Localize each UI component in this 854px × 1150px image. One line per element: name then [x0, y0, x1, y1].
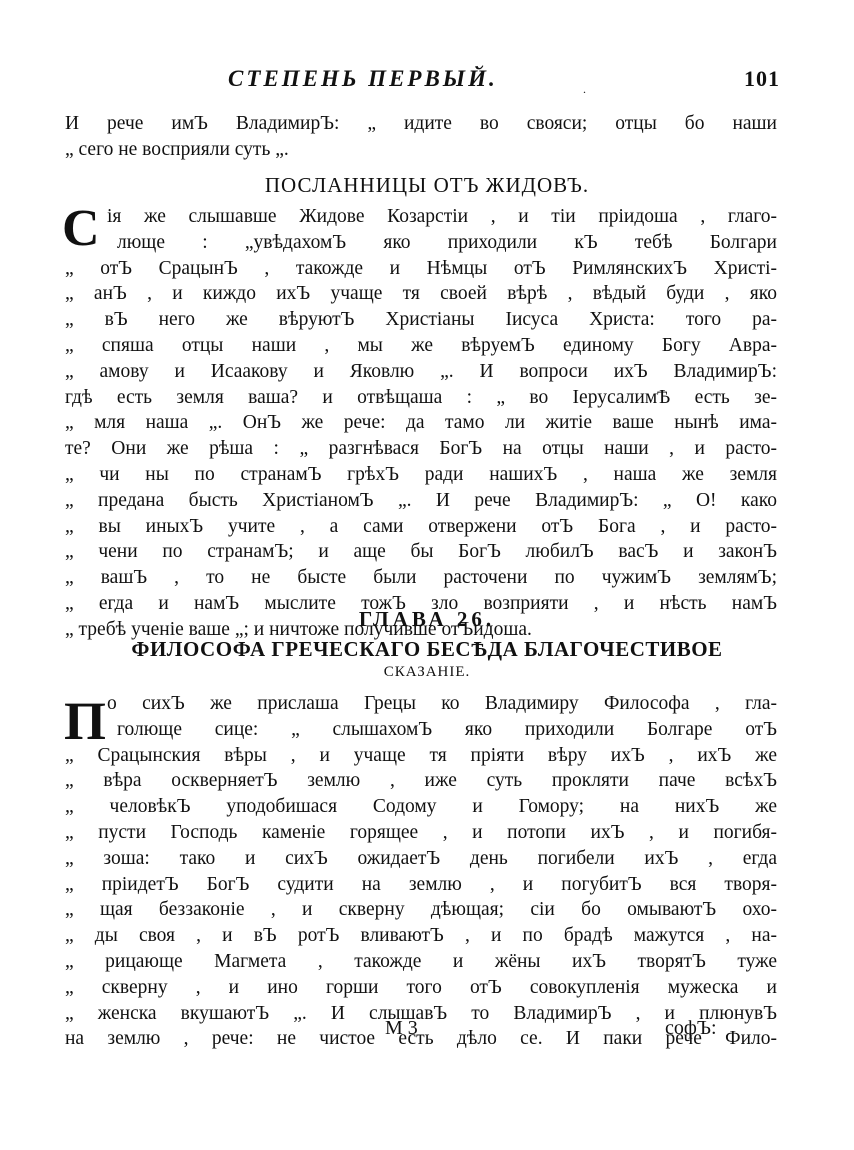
text-line: „ вы иныхЪ учите , а сами отвержени отЪ …	[65, 514, 777, 540]
chapter-paragraph: о сихЪ же прислаша Грецы ко Владимиру Фи…	[65, 691, 777, 1052]
text-line: „ вЪ него же вѣруютЪ Христiаны Iисуса Хр…	[65, 307, 777, 333]
text-line: „ амову и Исаакову и Яковлю „. И вопроси…	[65, 359, 777, 385]
text-line: „ мля наша „. ОнЪ же рече: да тамо ли жи…	[65, 410, 777, 436]
chapter-subtitle: СКАЗАНIЕ.	[0, 664, 854, 681]
running-title: СТЕПЕНЬ ПЕРВЫЙ.	[228, 66, 498, 92]
text-line: И рече имЪ ВладимирЪ: „ идите во свояси;…	[65, 111, 777, 137]
book-page: СТЕПЕНЬ ПЕРВЫЙ. . 101 И рече имЪ Владими…	[0, 0, 854, 1150]
text-line: „ Срацынския вѣры , и учаще тя прiяти вѣ…	[65, 743, 777, 769]
text-line: „ щая беззаконiе , и скверну дѣющая; сiи…	[65, 897, 777, 923]
section-paragraph: iя же слышавше Жидове Козарстiи , и тiи …	[65, 204, 777, 643]
chapter-label: ГЛАВА 26.	[0, 607, 854, 632]
text-line: гдѣ есть земля ваша? и отвѣщаша : „ во I…	[65, 385, 777, 411]
opening-paragraph: И рече имЪ ВладимирЪ: „ идите во свояси;…	[65, 111, 777, 163]
section-heading: ПОСЛАННИЦЫ ОТЪ ЖИДОВЪ.	[0, 173, 854, 198]
page-number: 101	[744, 66, 780, 92]
text-line: iя же слышавше Жидове Козарстiи , и тiи …	[65, 204, 777, 230]
text-line: „ прiидетЪ БогЪ судити на землю , и погу…	[65, 872, 777, 898]
text-line: „ вашЪ , то не бысте были расточени по ч…	[65, 565, 777, 591]
running-head: СТЕПЕНЬ ПЕРВЫЙ. . 101	[0, 66, 854, 96]
chapter-title: ФИЛОСОФА ГРЕЧЕСКАГО БЕСѢДА БЛАГОЧЕСТИВОЕ	[0, 637, 854, 662]
text-line: „ спяша отцы наши , мы же вѣруемЪ едином…	[65, 333, 777, 359]
text-line: „ человѣкЪ уподобишася Содому и Гомору; …	[65, 794, 777, 820]
text-line: те? Они же рѣша : „ разгнѣвася БогЪ на о…	[65, 436, 777, 462]
text-line: „ пусти Господь каменiе горящее , и пото…	[65, 820, 777, 846]
catchword: софЪ:	[665, 1017, 717, 1040]
text-line: „ ды своя , и вЪ ротЪ вливаютЪ , и по бр…	[65, 923, 777, 949]
text-line: о сихЪ же прислаша Грецы ко Владимиру Фи…	[65, 691, 777, 717]
signature-mark: М 3	[385, 1017, 418, 1040]
text-line: „ сего не восприяли суть „.	[65, 137, 777, 163]
text-line: „ чи ны по странамЪ грѣхЪ ради нашихЪ , …	[65, 462, 777, 488]
text-line: „ предана бысть ХристiаномЪ „. И рече Вл…	[65, 488, 777, 514]
text-line: люще : „увѣдахомЪ яко приходили кЪ тебѣ …	[65, 230, 777, 256]
text-line: „ анЪ , и киждо ихЪ учаще тя своей вѣрѣ …	[65, 281, 777, 307]
text-line: „ зоша: тако и сихЪ ожидаетЪ день погибе…	[65, 846, 777, 872]
text-line: голюще сице: „ слышахомЪ яко приходили Б…	[65, 717, 777, 743]
text-line: „ чени по странамЪ; и аще бы БогЪ любилЪ…	[65, 539, 777, 565]
text-line: „ отЪ СрацынЪ , такожде и Нѣмцы отЪ Римл…	[65, 256, 777, 282]
text-line: „ вѣра оскверняетЪ землю , иже суть прок…	[65, 768, 777, 794]
text-line: „ рицающе Магмета , такожде и жёны ихЪ т…	[65, 949, 777, 975]
stray-mark: .	[583, 82, 586, 97]
text-line: „ скверну , и ино горши того отЪ совокуп…	[65, 975, 777, 1001]
